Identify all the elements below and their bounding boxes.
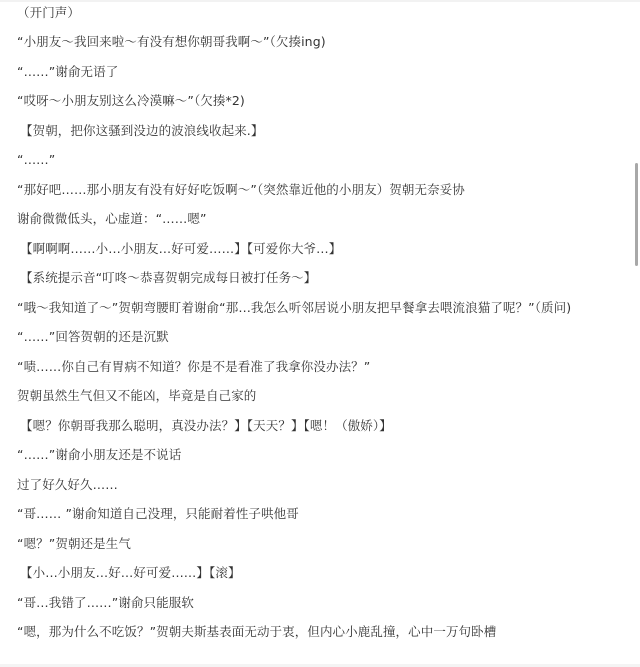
text-line: 【贺朝，把你这骚到没边的波浪线收起来.】 bbox=[20, 121, 263, 141]
text-line: “嗯，那为什么不吃饭？”贺朝夫斯基表面无动于衷，但内心小鹿乱撞，心中一万句卧槽 bbox=[17, 622, 496, 642]
text-line: “……” bbox=[17, 150, 55, 170]
text-line: “……”回答贺朝的还是沉默 bbox=[17, 327, 169, 347]
text-line: （开门声） bbox=[17, 3, 80, 23]
text-line: 【啊啊啊……小…小朋友…好可爱……】【可爱你大爷…】 bbox=[20, 239, 341, 259]
text-line: 【嗯？你朝哥我那么聪明，真没办法？】【天天？】【嗯！（傲娇）】 bbox=[20, 416, 392, 436]
text-line: “哦～我知道了～”贺朝弯腰盯着谢俞“那…我怎么听邻居说小朋友把早餐拿去喂流浪猫了… bbox=[17, 298, 571, 318]
text-line: 谢俞微微低头，心虚道：“……嗯” bbox=[17, 209, 207, 229]
text-line: “……”谢俞小朋友还是不说话 bbox=[17, 445, 181, 465]
text-line: 【小…小朋友…好…好可爱……】【滚】 bbox=[20, 563, 241, 583]
top-divider bbox=[0, 0, 640, 2]
vertical-scrollbar-thumb[interactable] bbox=[635, 163, 638, 266]
text-line: 【系统提示音“叮咚～恭喜贺朝完成每日被打任务～】 bbox=[20, 268, 316, 288]
text-line: “嗯？”贺朝还是生气 bbox=[17, 534, 131, 554]
text-line: “啧……你自己有胃病不知道？你是不是看准了我拿你没办法？” bbox=[17, 357, 370, 377]
text-line: “哥…我错了……”谢俞只能服软 bbox=[17, 593, 194, 613]
text-line: 贺朝虽然生气但又不能凶，毕竟是自己家的 bbox=[17, 386, 256, 406]
text-line: “哥…… ”谢俞知道自己没理，只能耐着性子哄他哥 bbox=[17, 504, 299, 524]
text-line: “……”谢俞无语了 bbox=[17, 62, 118, 82]
text-line: 过了好久好久…… bbox=[17, 475, 118, 495]
text-line: “哎呀～小朋友别这么冷漠嘛～”（欠揍*2) bbox=[17, 91, 245, 111]
text-line: “小朋友～我回来啦～有没有想你朝哥我啊～”（欠揍ing) bbox=[17, 32, 326, 52]
text-line: “那好吧……那小朋友有没有好好吃饭啊～”（突然靠近他的小朋友）贺朝无奈妥协 bbox=[17, 180, 465, 200]
